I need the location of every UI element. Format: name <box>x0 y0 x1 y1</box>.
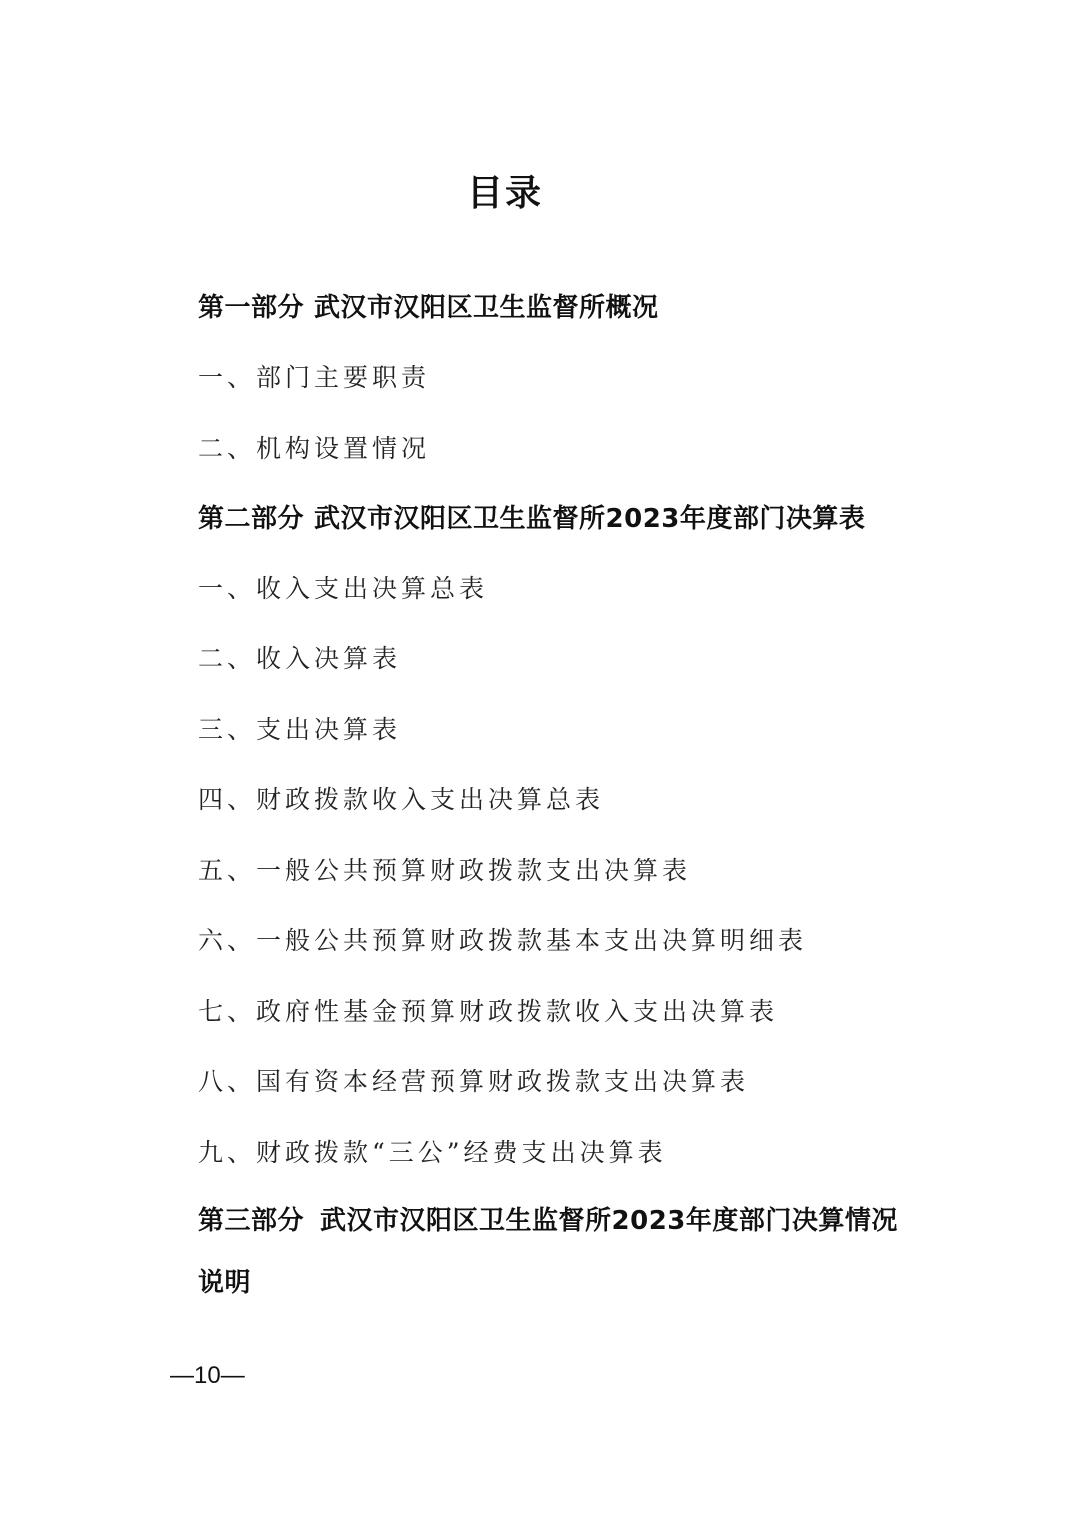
page-number: —10— <box>170 1356 245 1396</box>
page-title: 目录 <box>0 168 1010 220</box>
toc-item[interactable]: 二、机构设置情况 <box>198 429 430 469</box>
toc-item[interactable]: 八、国有资本经营预算财政拨款支出决算表 <box>198 1062 749 1102</box>
toc-part-3-label: 第三部分 <box>198 1206 304 1236</box>
toc-item[interactable]: 六、一般公共预算财政拨款基本支出决算明细表 <box>198 921 807 961</box>
toc-part-1[interactable]: 第一部分武汉市汉阳区卫生监督所概况 <box>198 288 659 328</box>
toc-item[interactable]: 三、支出决算表 <box>198 710 401 750</box>
toc-item[interactable]: 七、政府性基金预算财政拨款收入支出决算表 <box>198 992 778 1032</box>
toc-item[interactable]: 一、收入支出决算总表 <box>198 569 488 609</box>
toc-item[interactable]: 四、财政拨款收入支出决算总表 <box>198 780 604 820</box>
toc-item[interactable]: 五、一般公共预算财政拨款支出决算表 <box>198 851 691 891</box>
toc-part-2-label: 第二部分 <box>198 504 304 534</box>
toc-part-1-title: 武汉市汉阳区卫生监督所概况 <box>314 293 659 323</box>
toc-item[interactable]: 二、收入决算表 <box>198 639 401 679</box>
toc-part-2[interactable]: 第二部分武汉市汉阳区卫生监督所2023年度部门决算表 <box>198 499 865 539</box>
toc-part-1-label: 第一部分 <box>198 293 304 323</box>
toc-item[interactable]: 九、财政拨款“三公”经费支出决算表 <box>198 1133 667 1173</box>
toc-item[interactable]: 一、部门主要职责 <box>198 358 430 398</box>
document-page: 目录 第一部分武汉市汉阳区卫生监督所概况 一、部门主要职责 二、机构设置情况 第… <box>0 0 1074 1520</box>
toc-part-2-title: 武汉市汉阳区卫生监督所2023年度部门决算表 <box>314 504 865 534</box>
toc-part-3[interactable]: 第三部分武汉市汉阳区卫生监督所2023年度部门决算情况说明 <box>198 1190 918 1314</box>
